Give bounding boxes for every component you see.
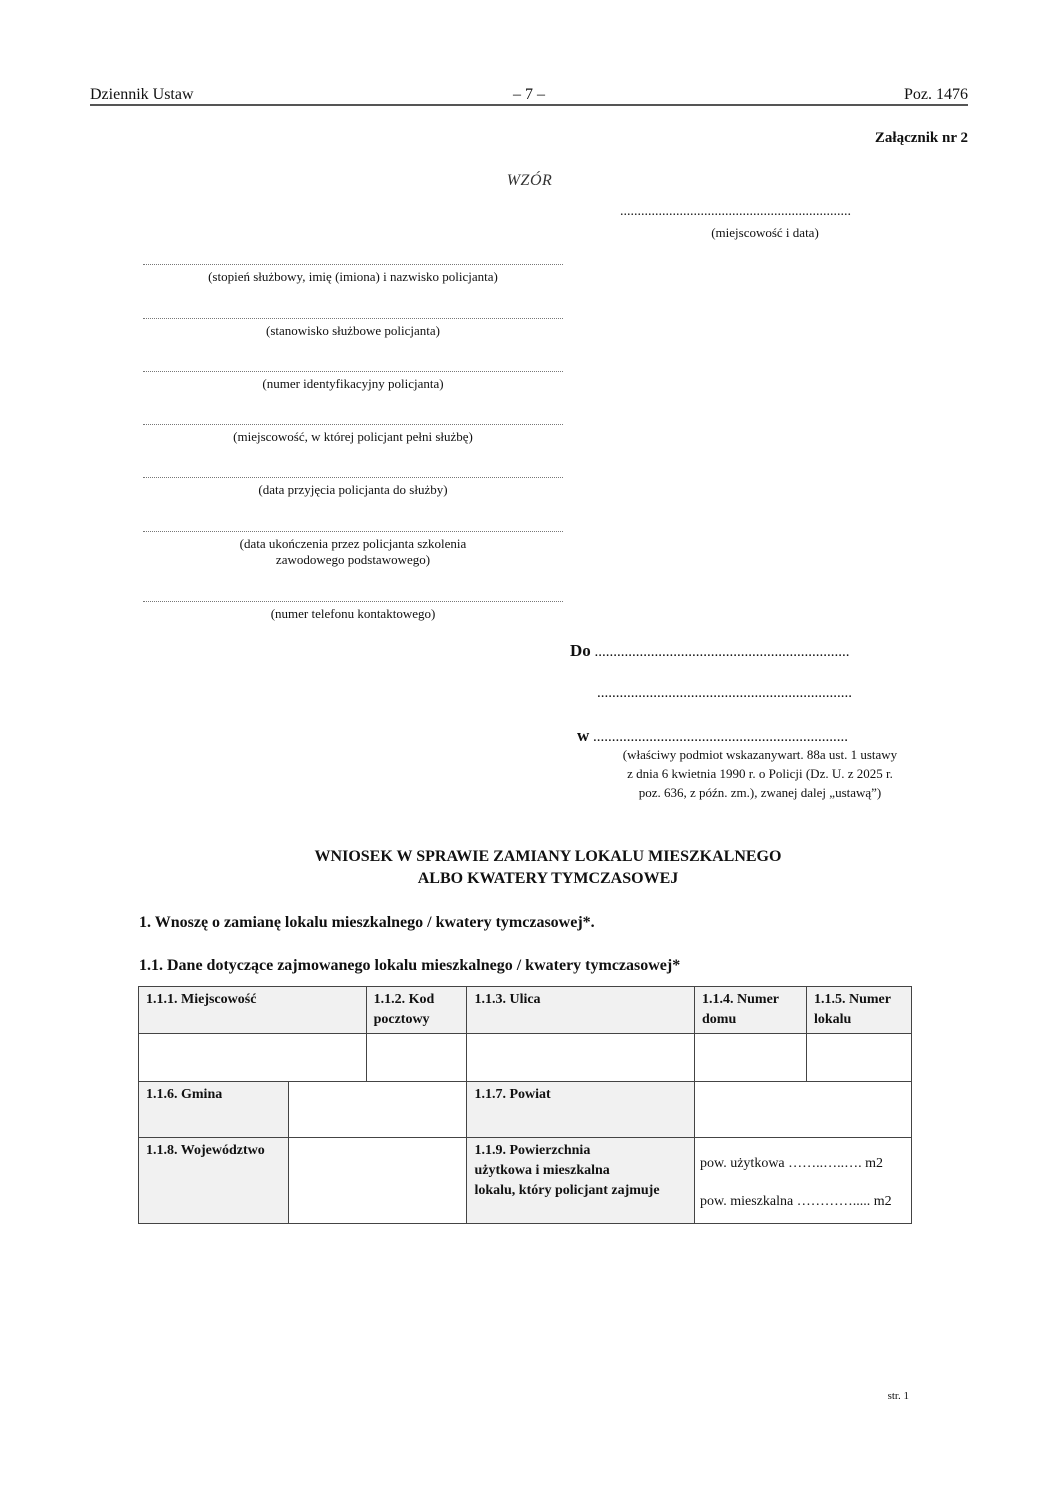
page-header: Dziennik Ustaw – 7 – Poz. 1476 bbox=[90, 86, 968, 106]
note-line: z dnia 6 kwietnia 1990 r. o Policji (Dz.… bbox=[590, 764, 930, 783]
addressee-note: (właściwy podmiot wskazanywart. 88a ust.… bbox=[590, 745, 930, 802]
to-prefix: Do bbox=[570, 641, 591, 660]
section-1-heading: 1. Wnoszę o zamianę lokalu mieszkalnego … bbox=[139, 914, 595, 932]
table-row: 1.1.6. Gmina 1.1.7. Powiat bbox=[139, 1082, 912, 1138]
header-kod-pocztowy: 1.1.2. Kod pocztowy bbox=[366, 987, 467, 1034]
document-title: WNIOSEK W SPRAWIE ZAMIANY LOKALU MIESZKA… bbox=[0, 846, 1059, 890]
input-powiat[interactable] bbox=[695, 1082, 912, 1138]
label-wojewodztwo: 1.1.8. Województwo bbox=[139, 1138, 289, 1224]
label-powierzchnia: 1.1.9. Powierzchnia użytkowa i mieszkaln… bbox=[467, 1138, 695, 1224]
field-line[interactable] bbox=[143, 424, 563, 425]
annex-label: Załącznik nr 2 bbox=[875, 130, 968, 147]
page-number: – 7 – bbox=[90, 86, 968, 104]
field-rank-name[interactable]: (stopień służbowy, imię (imiona) i nazwi… bbox=[143, 264, 563, 285]
label-powiat: 1.1.7. Powiat bbox=[467, 1082, 695, 1138]
input-wojewodztwo[interactable] bbox=[288, 1138, 467, 1224]
table-row bbox=[139, 1034, 912, 1082]
page-footer: str. 1 bbox=[888, 1390, 909, 1402]
input-numer-domu[interactable] bbox=[695, 1034, 807, 1082]
header-numer-lokalu: 1.1.5. Numer lokalu bbox=[806, 987, 911, 1034]
header-miejscowosc: 1.1.1. Miejscowość bbox=[139, 987, 367, 1034]
in-line[interactable]: ........................................… bbox=[593, 729, 848, 745]
header-rule bbox=[90, 104, 968, 106]
input-miejscowosc[interactable] bbox=[139, 1034, 367, 1082]
field-label: (numer telefonu kontaktowego) bbox=[143, 606, 563, 622]
input-numer-lokalu[interactable] bbox=[806, 1034, 911, 1082]
field-admission-date[interactable]: (data przyjęcia policjanta do służby) bbox=[143, 477, 563, 498]
note-line: poz. 636, z późn. zm.), zwanej dalej „us… bbox=[590, 783, 930, 802]
field-label: (stanowisko służbowe policjanta) bbox=[143, 323, 563, 339]
field-id-number[interactable]: (numer identyfikacyjny policjanta) bbox=[143, 371, 563, 392]
field-label: (stopień służbowy, imię (imiona) i nazwi… bbox=[143, 269, 563, 285]
field-phone[interactable]: (numer telefonu kontaktowego) bbox=[143, 601, 563, 622]
date-field-line[interactable]: ........................................… bbox=[620, 204, 910, 220]
header-ulica: 1.1.3. Ulica bbox=[467, 987, 695, 1034]
section-1-1-heading: 1.1. Dane dotyczące zajmowanego lokalu m… bbox=[139, 957, 680, 975]
field-label: (data ukończenia przez policjanta szkole… bbox=[143, 536, 563, 568]
note-line: (właściwy podmiot wskazanywart. 88a ust.… bbox=[590, 745, 930, 764]
title-line: ALBO KWATERY TYMCZASOWEJ bbox=[0, 868, 1059, 890]
to-line[interactable]: ........................................… bbox=[595, 644, 850, 660]
position-number: Poz. 1476 bbox=[904, 86, 968, 104]
label-line: 1.1.9. Powierzchnia bbox=[474, 1141, 687, 1161]
addressee-line2-dots[interactable]: ........................................… bbox=[597, 685, 852, 701]
field-line[interactable] bbox=[143, 264, 563, 265]
label-line: lokalu, który policjant zajmuje bbox=[474, 1181, 687, 1201]
input-gmina[interactable] bbox=[288, 1082, 467, 1138]
field-line[interactable] bbox=[143, 318, 563, 319]
field-label-line: zawodowego podstawowego) bbox=[143, 552, 563, 568]
input-powierzchnia[interactable]: pow. użytkowa ……..…..…. m2 pow. mieszkal… bbox=[695, 1138, 912, 1224]
field-position[interactable]: (stanowisko służbowe policjanta) bbox=[143, 318, 563, 339]
input-kod-pocztowy[interactable] bbox=[366, 1034, 467, 1082]
label-line: użytkowa i mieszkalna bbox=[474, 1161, 687, 1181]
pow-uzytkowa-field[interactable]: pow. użytkowa ……..…..…. m2 bbox=[700, 1156, 909, 1172]
template-label: WZÓR bbox=[0, 172, 1059, 190]
field-training-date[interactable]: (data ukończenia przez policjanta szkole… bbox=[143, 531, 563, 568]
title-line: WNIOSEK W SPRAWIE ZAMIANY LOKALU MIESZKA… bbox=[0, 846, 1059, 868]
field-label: (miejscowość, w której policjant pełni s… bbox=[143, 429, 563, 445]
field-label: (numer identyfikacyjny policjanta) bbox=[143, 376, 563, 392]
field-line[interactable] bbox=[143, 601, 563, 602]
field-line[interactable] bbox=[143, 531, 563, 532]
field-service-location[interactable]: (miejscowość, w której policjant pełni s… bbox=[143, 424, 563, 445]
addressee-line2[interactable]: ........................................… bbox=[597, 685, 852, 702]
dwelling-data-table: 1.1.1. Miejscowość 1.1.2. Kod pocztowy 1… bbox=[138, 986, 912, 1224]
addressee-in[interactable]: w ......................................… bbox=[577, 726, 848, 746]
input-ulica[interactable] bbox=[467, 1034, 695, 1082]
table-row: 1.1.1. Miejscowość 1.1.2. Kod pocztowy 1… bbox=[139, 987, 912, 1034]
date-field-label: (miejscowość i data) bbox=[620, 225, 910, 241]
field-line[interactable] bbox=[143, 477, 563, 478]
field-label: (data przyjęcia policjanta do służby) bbox=[143, 482, 563, 498]
field-line[interactable] bbox=[143, 371, 563, 372]
label-gmina: 1.1.6. Gmina bbox=[139, 1082, 289, 1138]
field-label-line: (data ukończenia przez policjanta szkole… bbox=[143, 536, 563, 552]
header-numer-domu: 1.1.4. Numer domu bbox=[695, 987, 807, 1034]
pow-mieszkalna-field[interactable]: pow. mieszkalna …………..... m2 bbox=[700, 1194, 909, 1210]
in-prefix: w bbox=[577, 726, 589, 745]
addressee-to[interactable]: Do .....................................… bbox=[570, 641, 850, 661]
table-row: 1.1.8. Województwo 1.1.9. Powierzchnia u… bbox=[139, 1138, 912, 1224]
